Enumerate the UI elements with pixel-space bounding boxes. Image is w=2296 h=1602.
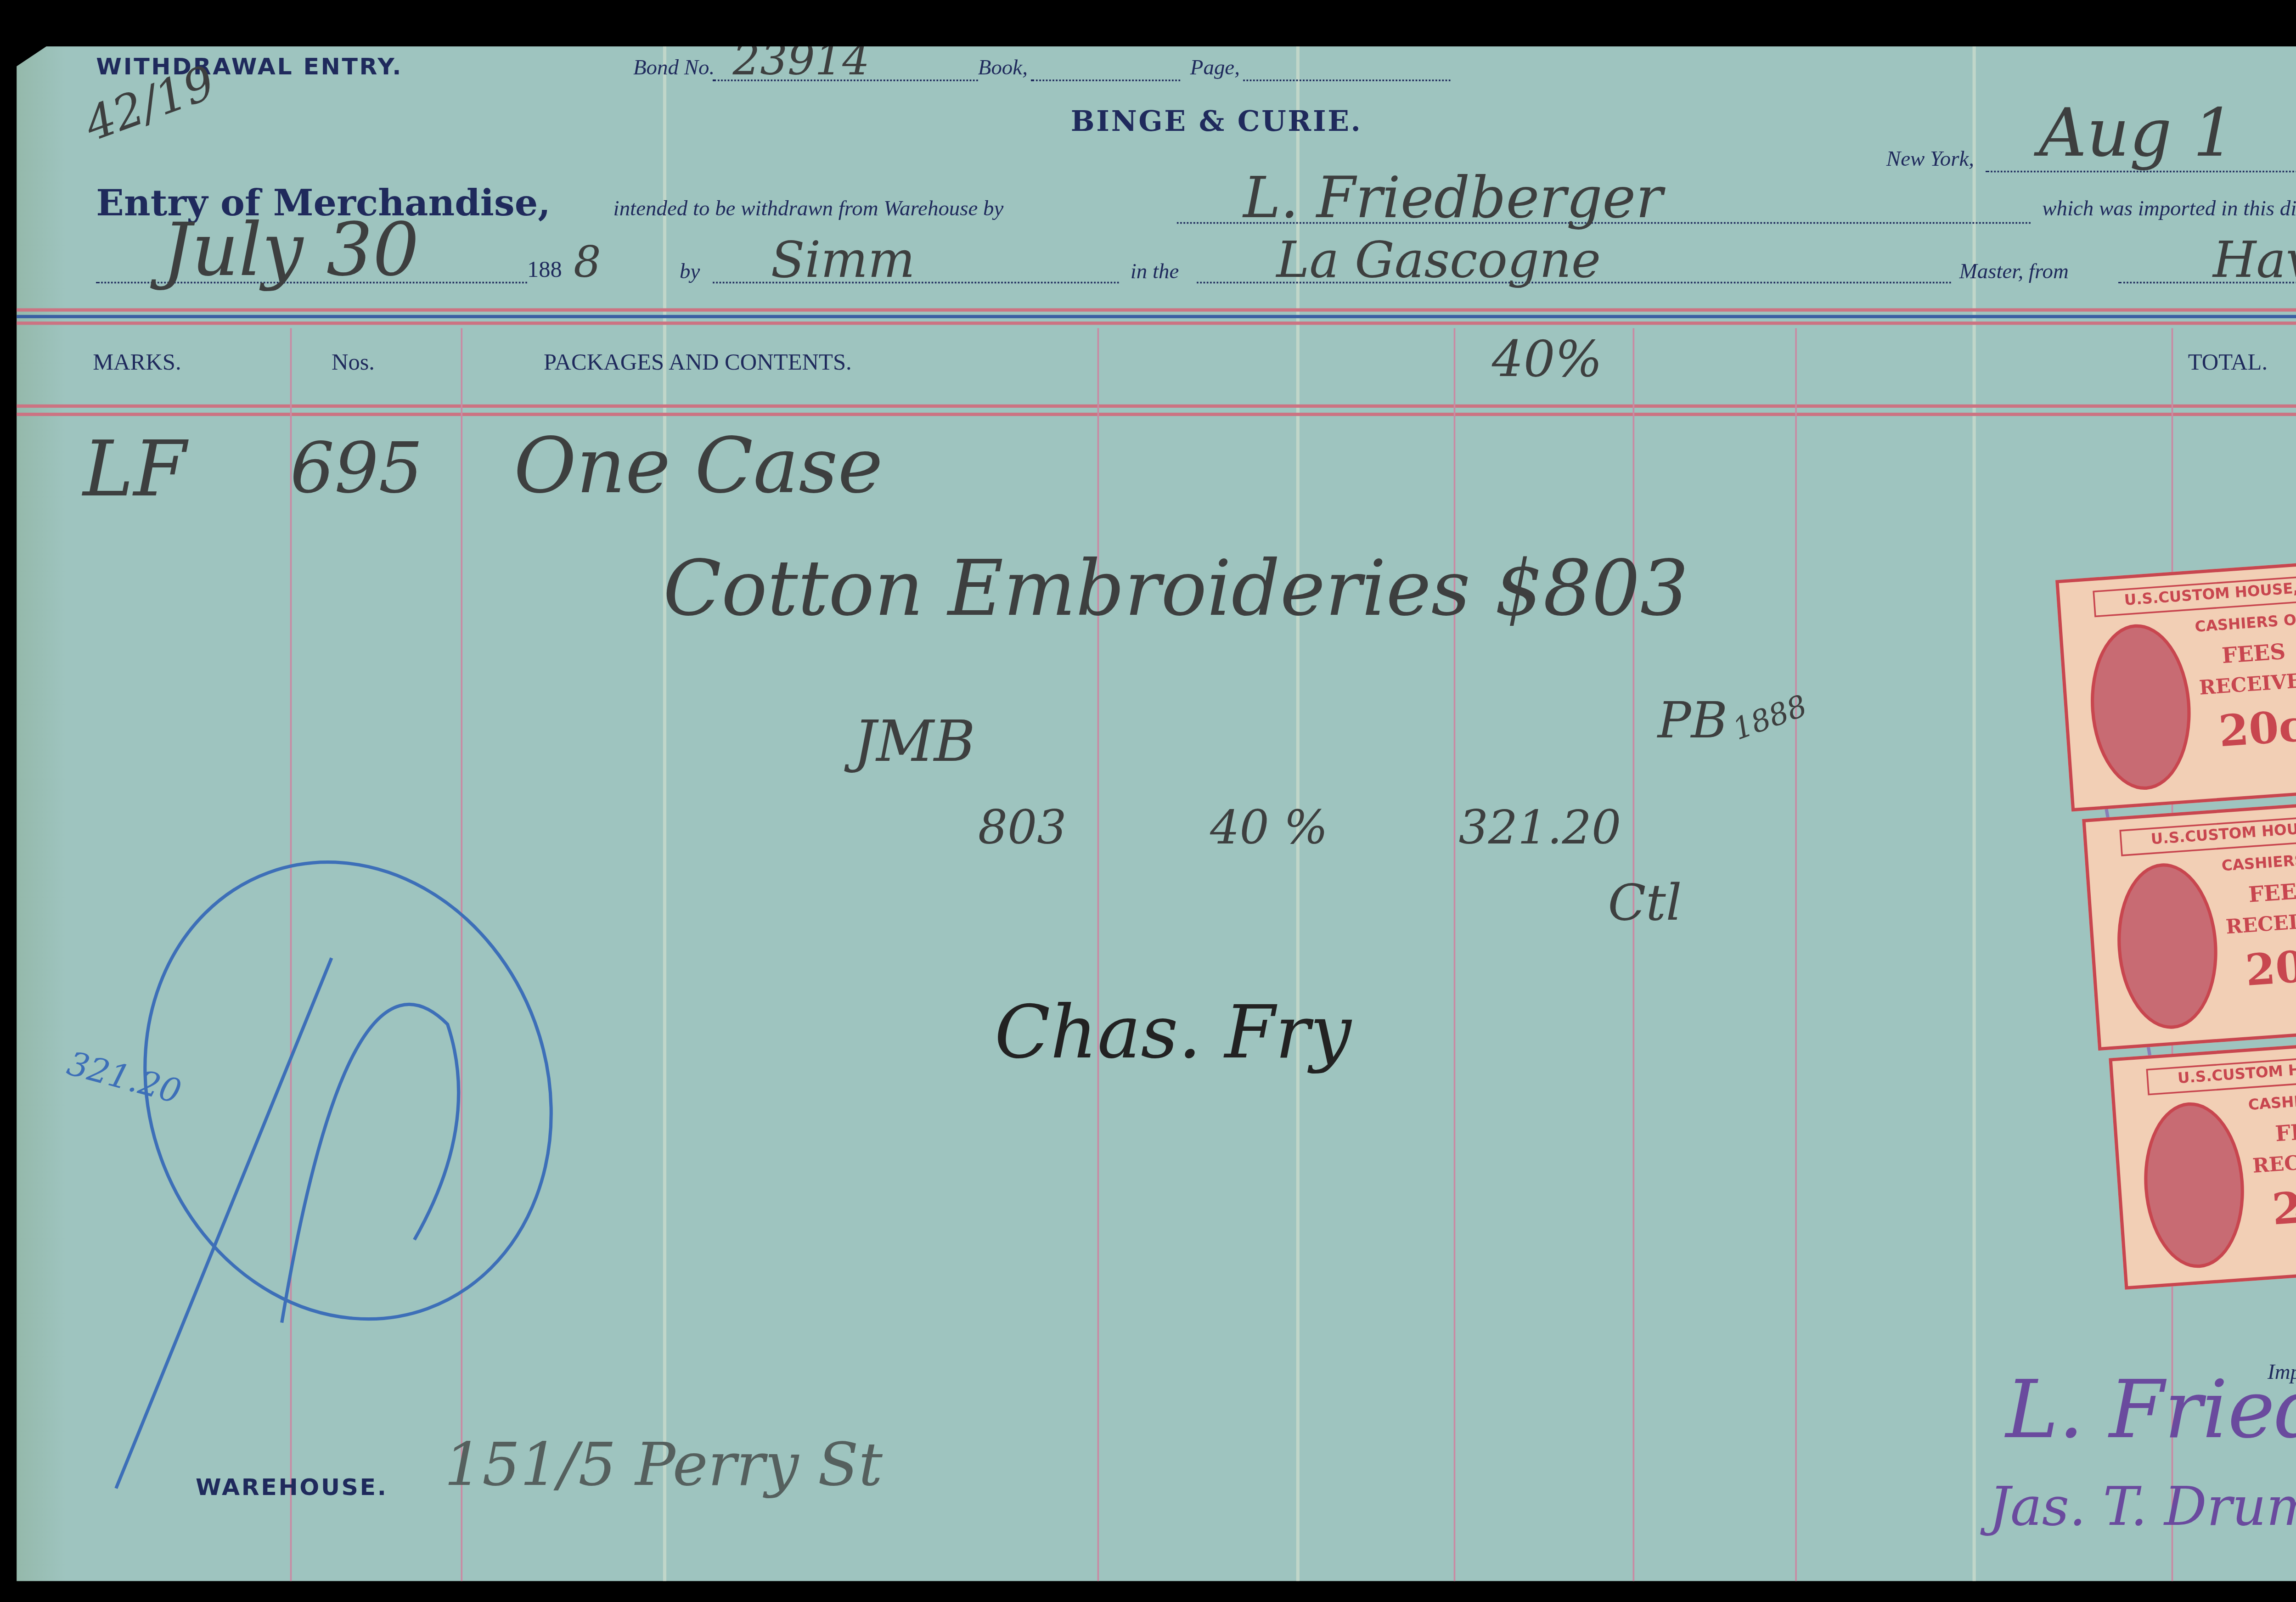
importer-signature: L. Friedberger [2006,1364,2296,1457]
paper-fold [663,46,666,1581]
revenue-stamp-strip: U.S.CUSTOM HOUSE,N.Y. CASHIERS OFFICE FE… [2055,551,2296,1340]
warehouse-label: WAREHOUSE. [196,1475,388,1502]
page-label: Page, [1190,55,1240,81]
stamp-line: RECEIVED [2252,1146,2296,1178]
revenue-stamp: U.S.CUSTOM HOUSE,N.Y. CASHIERS OFFICE FE… [2082,795,2296,1051]
pencil-scribble-icon [83,826,580,1522]
stamp-value: 20cts. [2271,1176,2296,1236]
page-field-line [1243,79,1450,81]
portrait-icon [2138,1099,2249,1271]
bond-value: 23914 [732,36,870,86]
master-label: Master, from [1959,259,2069,285]
rate-note: 40% [1492,332,1603,389]
import-date-value: July 30 [163,209,419,293]
stamp-line: FEES [2274,1119,2296,1148]
calc-rate: 40 % [1210,800,1328,855]
column-header-nos: Nos. [332,351,375,378]
rule-blue [17,315,2296,318]
by-value: Simm [771,232,915,290]
initials-2: PB [1658,693,1728,751]
stamp-year: 1888 [1728,689,1812,748]
stamp-line: RECEIVED [2198,668,2296,700]
calc-value: 803 [978,800,1067,855]
year-suffix: 8 [574,239,601,288]
initials-3: Ctl [1608,875,1682,933]
column-rule [1454,328,1456,1581]
initials-1: JMB [854,709,975,776]
calc-duty: 321.20 [1459,800,1621,855]
book-label: Book, [978,55,1028,81]
entry-mark: LF [83,424,186,514]
date-value: Aug 1 [2039,96,2235,172]
stamp-line: CASHIERS OFFICE [2221,849,2296,876]
place-label: New York, [1886,146,1974,173]
revenue-stamp: U.S.CUSTOM HOUSE,N.Y. CASHIERS OFFICE FE… [2109,1034,2296,1290]
portrait-icon [2112,860,2223,1032]
bond-label: Bond No. [633,55,715,81]
firm-name: BINGE & CURIE. [1071,106,1362,139]
in-the-label: in the [1131,259,1179,285]
rule-red [17,321,2296,325]
warehouse-value: 151/5 Perry St [444,1432,883,1500]
imported-label: which was imported in this district on [2042,196,2296,222]
withdrawal-entry-form: WITHDRAWAL ENTRY. Bond No. 23914 Book, P… [17,46,2296,1581]
stamp-value: 20cts. [2244,937,2296,997]
rule-red [17,413,2296,416]
column-rule [1795,328,1797,1581]
document-scan: WITHDRAWAL ENTRY. Bond No. 23914 Book, P… [0,0,2296,1602]
column-header-marks: MARKS. [93,351,181,378]
portrait-icon [2085,621,2196,793]
column-rule [1633,328,1635,1581]
revenue-stamp: U.S.CUSTOM HOUSE,N.Y. CASHIERS OFFICE FE… [2055,556,2296,812]
stamp-line: CASHIERS OFFICE [2195,610,2296,637]
stamp-header: U.S.CUSTOM HOUSE,N.Y. [2146,1050,2296,1095]
rule-red [17,308,2296,311]
entry-description-2: Cotton Embroideries $803 [663,544,1688,633]
importer-signature-2: Jas. T. Drummond & Co [1989,1475,2296,1538]
column-rule [1097,328,1099,1581]
stamp-line: FEES [2248,880,2296,909]
signature-mid: Chas. Fry [995,991,1351,1076]
stamp-header: U.S.CUSTOM HOUSE,N.Y. [2093,572,2296,617]
stamp-line: RECEIVED [2225,907,2296,939]
year-prefix: 188 [527,259,562,285]
stamp-line: CASHIERS OFFICE [2248,1088,2296,1115]
column-header-packages: PACKAGES AND CONTENTS. [544,351,852,378]
column-header-total: TOTAL. [2188,351,2268,378]
stamp-value: 20cts. [2217,698,2296,758]
stamp-header: U.S.CUSTOM HOUSE,N.Y. [2119,811,2296,856]
entry-number: 695 [290,427,423,509]
intended-label: intended to be withdrawn from Warehouse … [613,196,1004,222]
entry-description-1: One Case [514,421,883,511]
from-value: Havre [2213,232,2296,290]
stamp-line: FEES [2221,641,2286,670]
vessel-value: La Gascogne [1276,232,1601,290]
withdrawn-by-value: L. Friedberger [1243,166,1663,232]
by-label: by [680,259,700,285]
book-field-line [1031,79,1180,81]
rule-red [17,405,2296,408]
